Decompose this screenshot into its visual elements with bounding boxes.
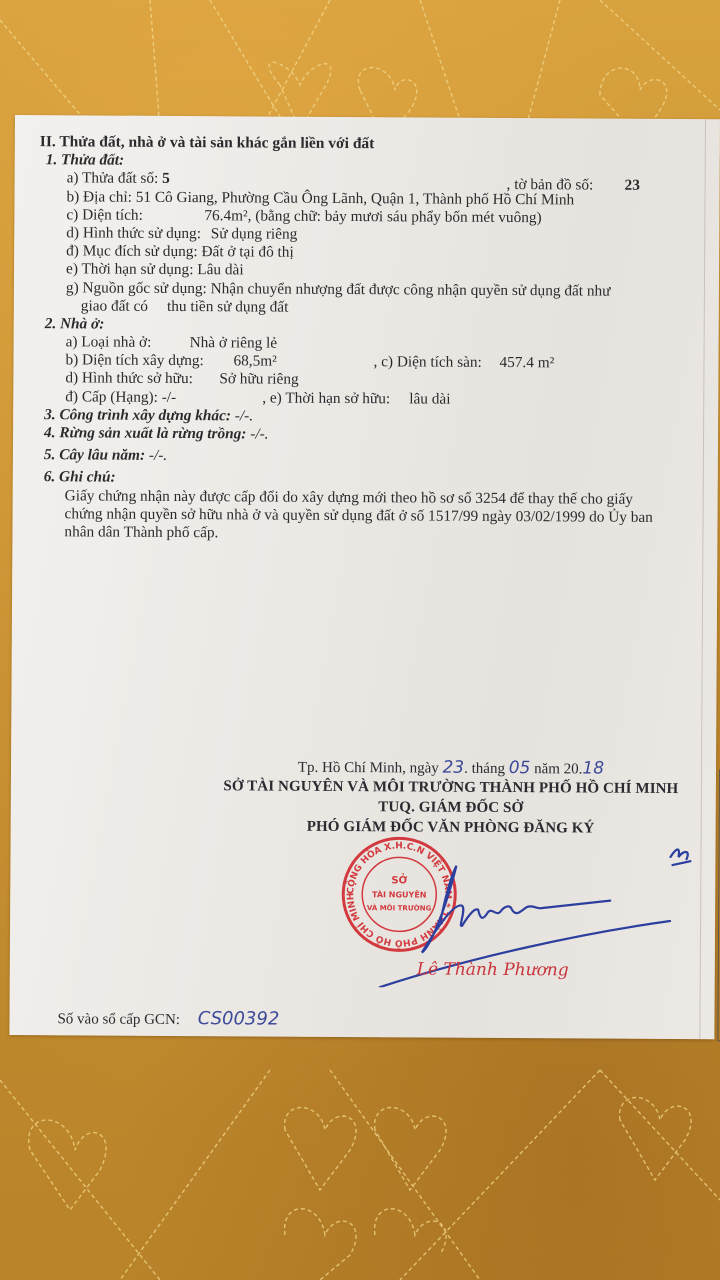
registry-number-row: Số vào sổ cấp GCN: CS00392 bbox=[57, 1007, 279, 1029]
forest-label: 4. Rừng sản xuất là rừng trồng: bbox=[44, 424, 246, 442]
origin-row-2: giao đất có thu tiền sử dụng đất bbox=[81, 297, 694, 319]
grade-label: đ) Cấp (Hạng): bbox=[65, 388, 158, 406]
address-label: b) Địa chỉ: bbox=[66, 188, 132, 205]
date-day: 23 bbox=[442, 758, 464, 778]
grade-value: -/- bbox=[162, 389, 177, 406]
use-form-label: d) Hình thức sử dụng: bbox=[66, 224, 201, 242]
own-term-label: , e) Thời hạn sở hữu: bbox=[262, 389, 390, 408]
page-fold bbox=[699, 119, 706, 1039]
floor-area-value: 457.4 m² bbox=[499, 354, 554, 373]
forest-row: 4. Rừng sản xuất là rừng trồng: -/-. bbox=[44, 424, 693, 446]
area-value: 76.4m², (bằng chữ: bảy mươi sáu phẩy bốn… bbox=[204, 207, 541, 227]
purpose-label: đ) Mục đích sử dụng: bbox=[66, 242, 198, 260]
date-place: Tp. Hồ Chí Minh, ngày bbox=[298, 760, 439, 777]
term-label: e) Thời hạn sử dụng: bbox=[66, 261, 194, 279]
build-area-value: 68,5m² bbox=[233, 353, 276, 371]
date-month: 05 bbox=[509, 758, 531, 778]
ownership-label: d) Hình thức sở hữu: bbox=[65, 370, 193, 388]
own-term-value: lâu dài bbox=[409, 390, 450, 408]
perennial-label: 5. Cây lâu năm: bbox=[44, 446, 145, 464]
forest-value: -/-. bbox=[250, 426, 268, 443]
origin-label: g) Nguồn gốc sử dụng: bbox=[66, 279, 207, 297]
date-year-label: năm 20. bbox=[534, 761, 582, 777]
other-construction-label: 3. Công trình xây dựng khác: bbox=[44, 406, 231, 424]
address-value: 51 Cô Giang, Phường Cầu Ông Lãnh, Quận 1… bbox=[136, 188, 575, 208]
house-type-value: Nhà ở riêng lẻ bbox=[190, 334, 278, 353]
issuing-org: SỞ TÀI NGUYÊN VÀ MÔI TRƯỜNG THÀNH PHỐ HỒ… bbox=[191, 776, 711, 799]
ownership-value: Sở hữu riêng bbox=[219, 371, 298, 390]
date-month-label: tháng bbox=[472, 761, 505, 777]
date-year: 18 bbox=[582, 758, 604, 778]
purpose-value: Đất ở tại đô thị bbox=[201, 243, 293, 261]
parcel-number: 5 bbox=[162, 170, 170, 187]
notes-text: Giấy chứng nhận này được cấp đổi do xây … bbox=[64, 487, 664, 545]
house-type-label: a) Loại nhà ở: bbox=[66, 333, 152, 351]
build-area-label: b) Diện tích xây dựng: bbox=[65, 352, 203, 370]
registry-label: Số vào sổ cấp GCN: bbox=[57, 1011, 180, 1028]
grade-row: đ) Cấp (Hạng): -/- , e) Thời hạn sở hữu:… bbox=[65, 388, 693, 410]
floor-area-label: , c) Diện tích sàn: bbox=[373, 353, 481, 372]
signature-block: Tp. Hồ Chí Minh, ngày 23. tháng 05 năm 2… bbox=[191, 756, 711, 839]
perennial-value: -/-. bbox=[149, 447, 167, 464]
perennial-row: 5. Cây lâu năm: -/-. bbox=[44, 446, 693, 468]
signer-name: Lê Thành Phương bbox=[417, 959, 569, 980]
registry-number: CS00392 bbox=[198, 1008, 280, 1029]
certificate-body: II. Thửa đất, nhà ở và tài sản khác gắn … bbox=[32, 133, 694, 545]
certificate-page: II. Thửa đất, nhà ở và tài sản khác gắn … bbox=[9, 115, 720, 1039]
term-value: Lâu dài bbox=[197, 261, 243, 278]
other-construction-value: -/-. bbox=[235, 407, 253, 424]
use-form-value: Sử dụng riêng bbox=[211, 225, 298, 243]
origin-value-line1: Nhận chuyển nhượng đất được công nhận qu… bbox=[211, 280, 611, 299]
parcel-label: a) Thửa đất số: bbox=[67, 170, 159, 188]
area-label: c) Diện tích: bbox=[66, 206, 143, 223]
